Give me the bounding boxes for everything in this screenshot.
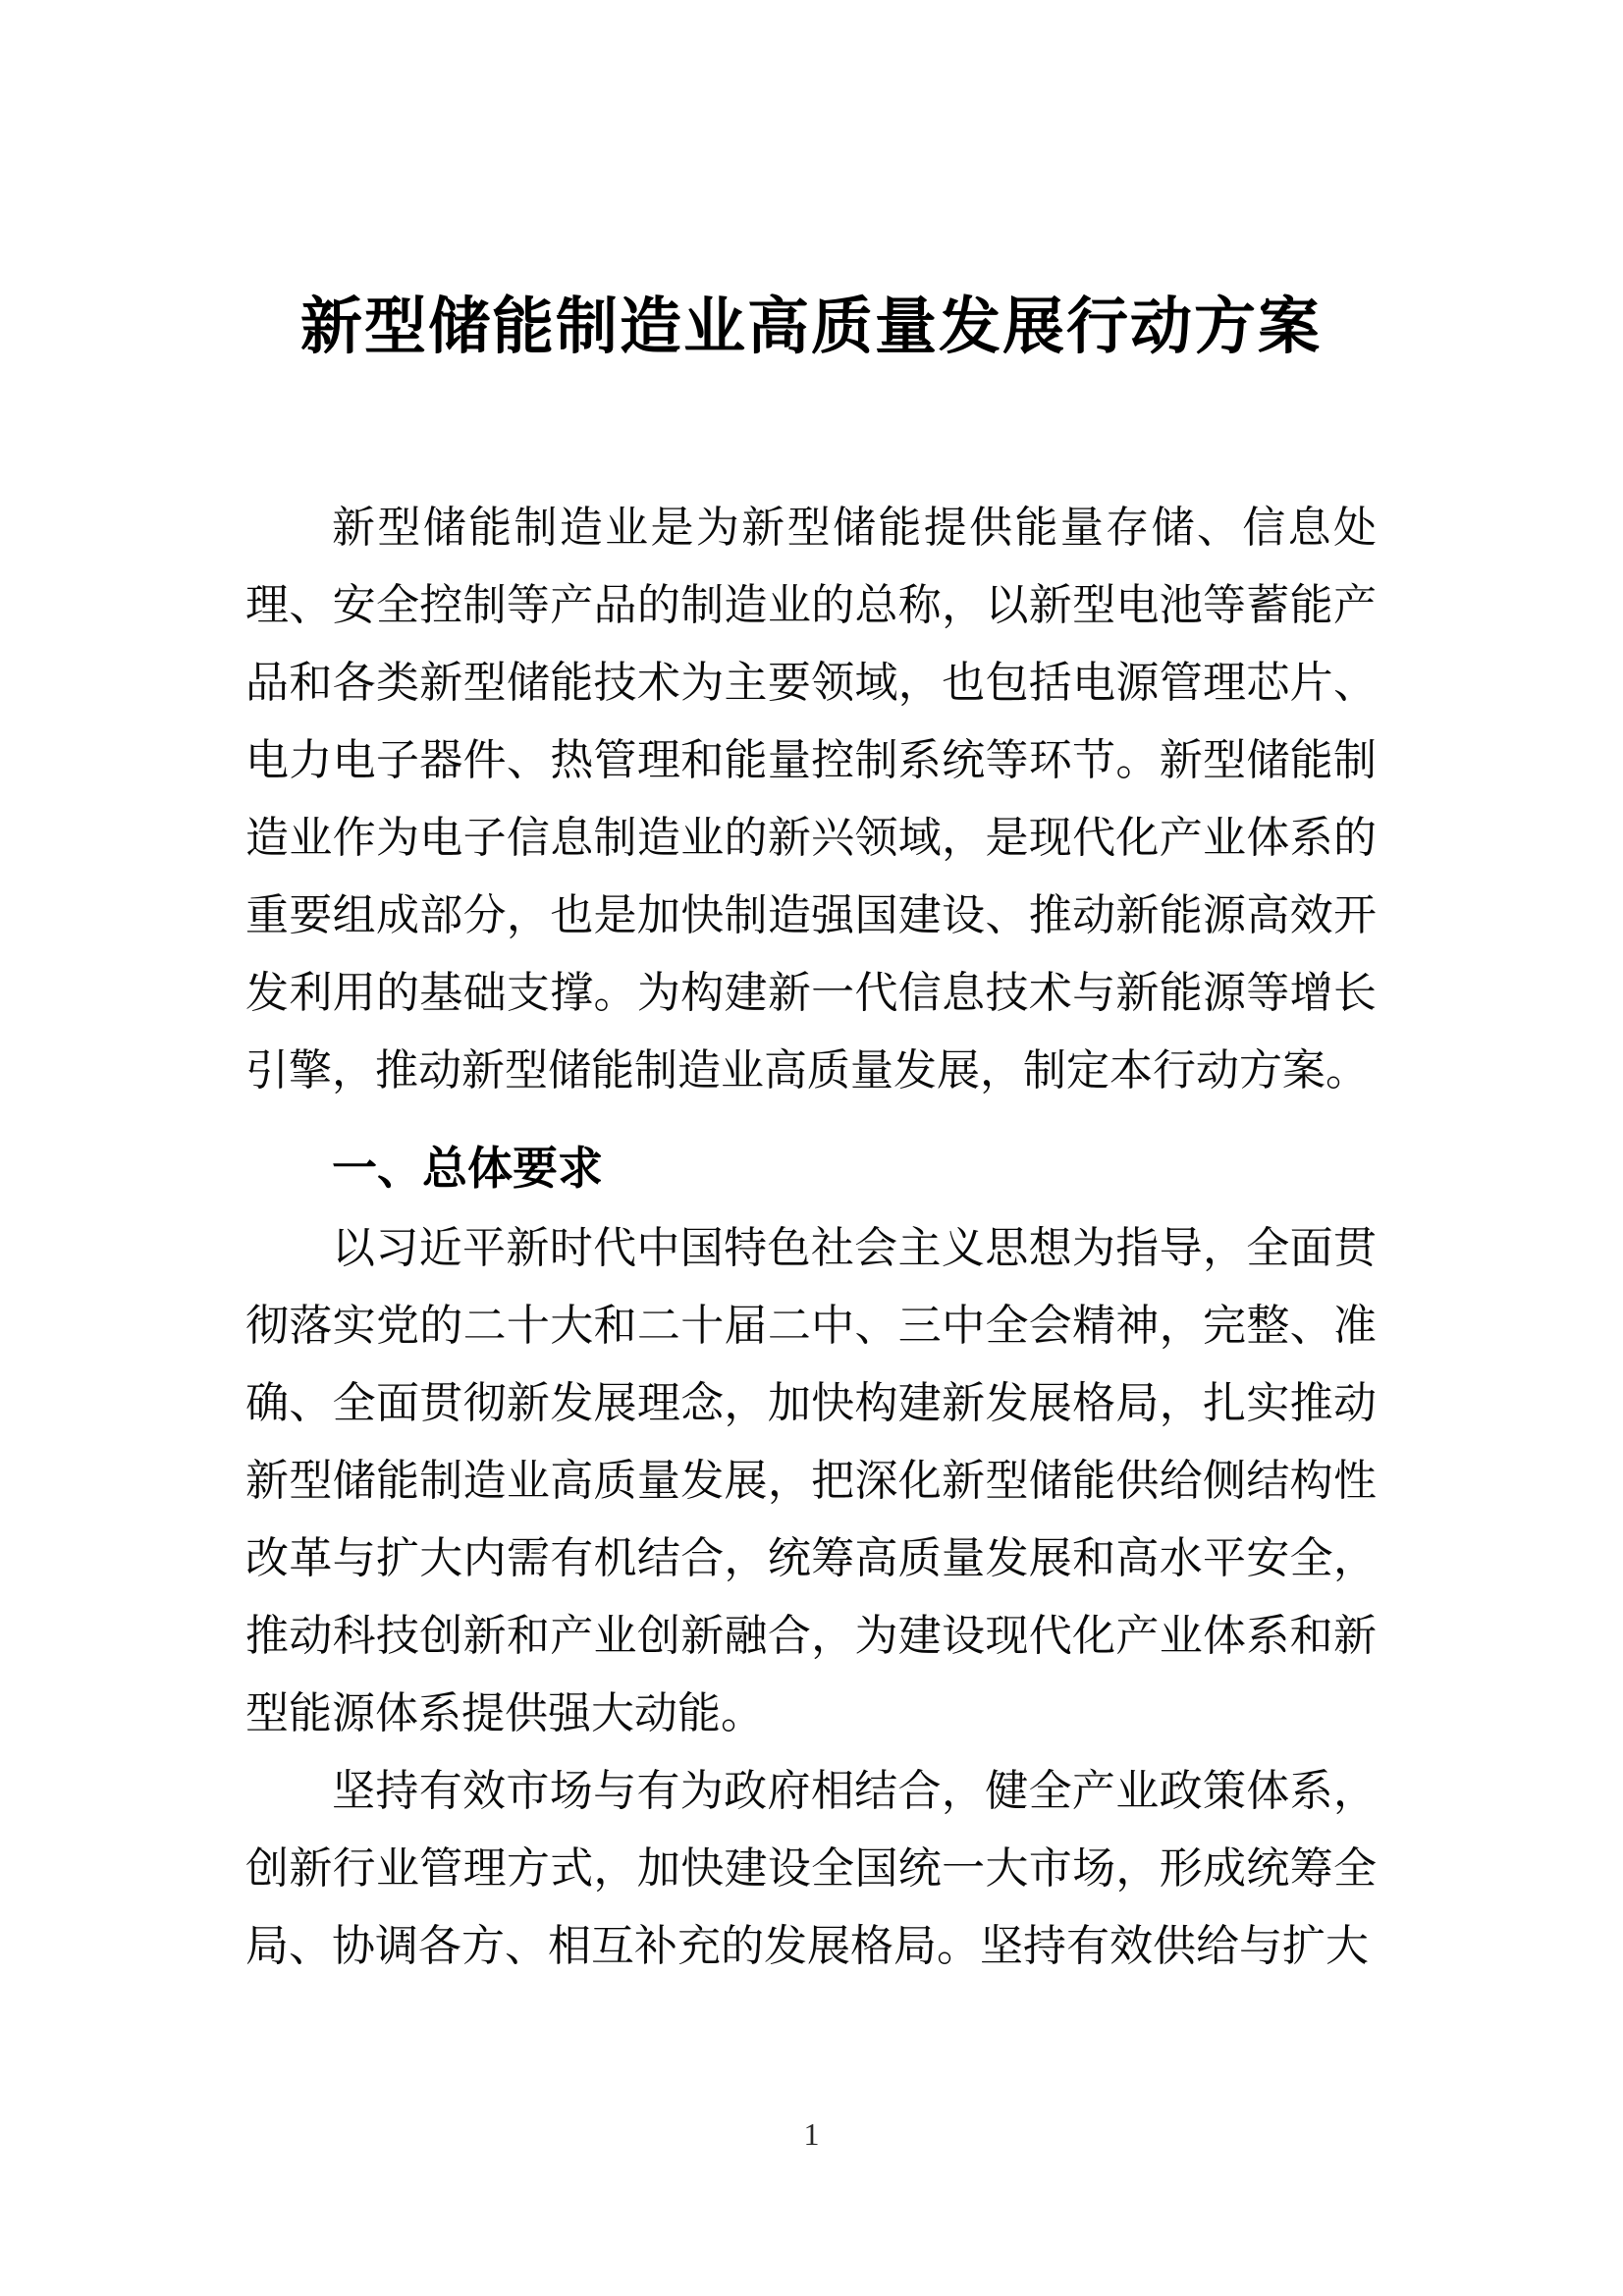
paragraph-guiding-ideology: 以习近平新时代中国特色社会主义思想为指导，全面贯彻落实党的二十大和二十届二中、三… [245,1209,1377,1752]
document-title: 新型储能制造业高质量发展行动方案 [245,283,1377,371]
paragraph-intro: 新型储能制造业是为新型储能提供能量存储、信息处理、安全控制等产品的制造业的总称，… [245,489,1377,1109]
page-number: 1 [0,2112,1623,2156]
section-heading-overall-requirements: 一、总体要求 [245,1127,1377,1209]
paragraph-market-government: 坚持有效市场与有为政府相结合，健全产业政策体系，创新行业管理方式，加快建设全国统… [245,1752,1377,1985]
document-content: 新型储能制造业高质量发展行动方案 新型储能制造业是为新型储能提供能量存储、信息处… [245,283,1377,1985]
document-page: 新型储能制造业高质量发展行动方案 新型储能制造业是为新型储能提供能量存储、信息处… [0,0,1623,2296]
